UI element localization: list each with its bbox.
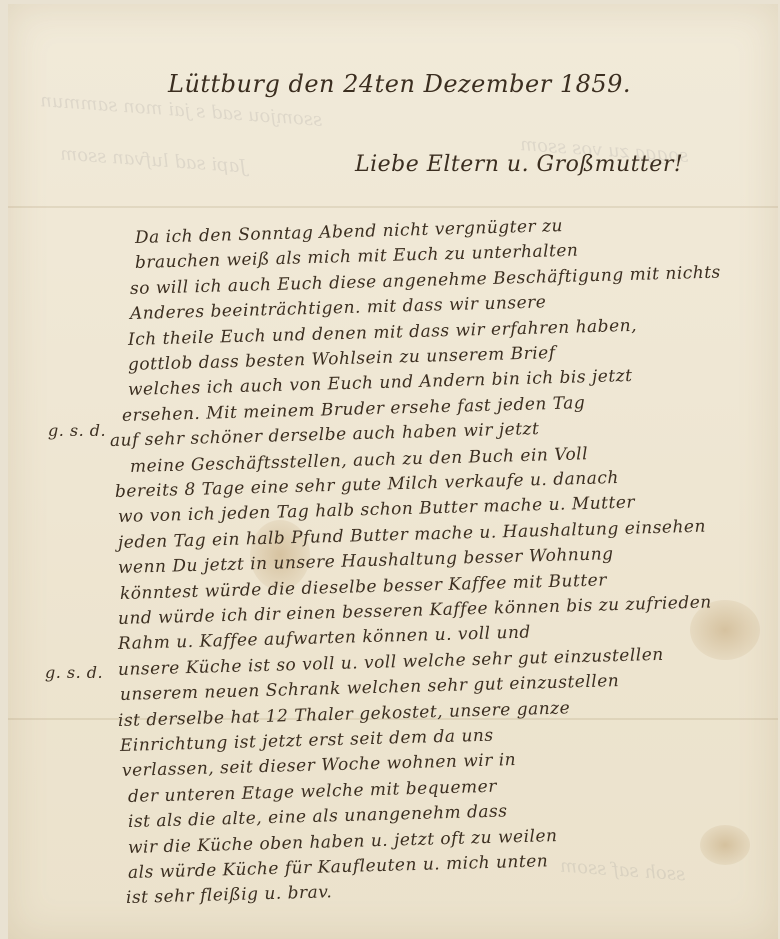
stain: [700, 825, 750, 865]
fold-line: [8, 206, 778, 208]
salutation: Liebe Eltern u. Großmutter!: [355, 152, 683, 177]
margin-note: g. s. d.: [45, 663, 103, 682]
margin-note: g. s. d.: [48, 421, 106, 440]
place-date-heading: Lüttburg den 24ten Dezember 1859.: [168, 70, 631, 98]
